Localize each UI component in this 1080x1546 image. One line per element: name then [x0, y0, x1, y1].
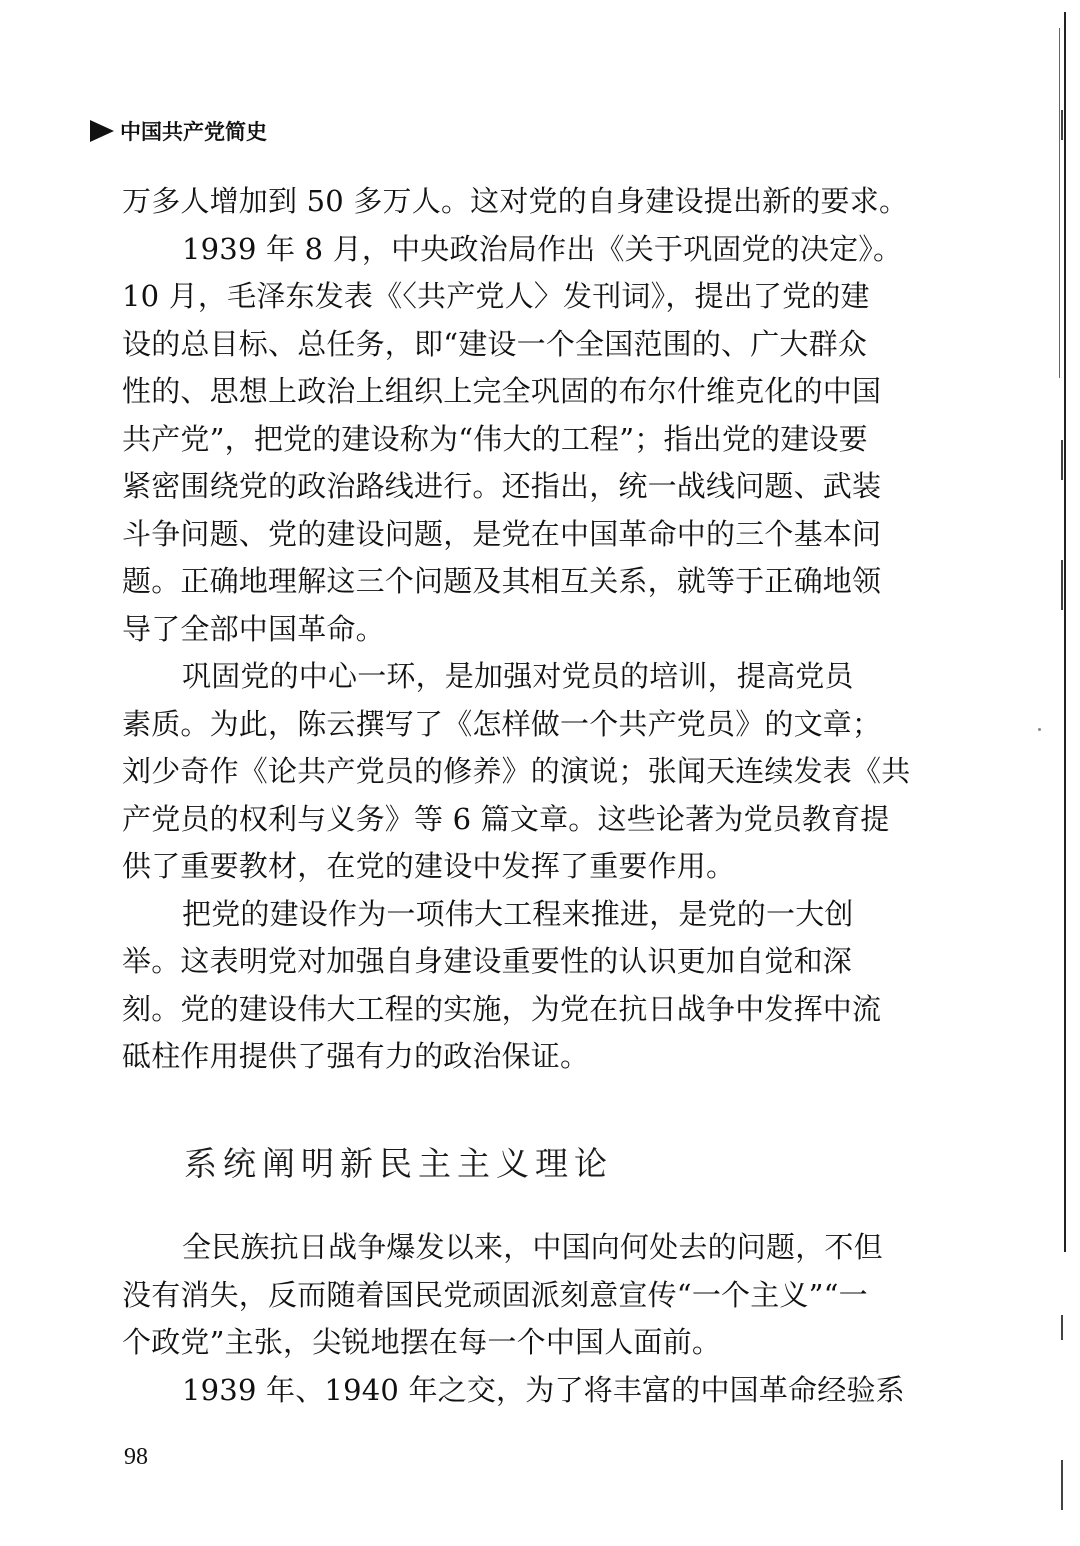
text-line: 紧密围绕党的政治路线进行。还指出，统一战线问题、武装 — [122, 463, 912, 511]
book-title: 中国共产党简史 — [120, 116, 267, 146]
text-line: 刻。党的建设伟大工程的实施，为党在抗日战争中发挥中流 — [122, 986, 912, 1034]
right-triangle-icon — [90, 120, 114, 142]
text-line: 个政党”主张，尖锐地摆在每一个中国人面前。 — [122, 1319, 912, 1367]
text-line: 没有消失，反而随着国民党顽固派刻意宣传“一个主义”“一 — [122, 1272, 912, 1320]
text-line: 设的总目标、总任务，即“建设一个全国范围的、广大群众 — [122, 321, 912, 369]
scan-speck — [1038, 728, 1041, 731]
text-line: 素质。为此，陈云撰写了《怎样做一个共产党员》的文章； — [122, 701, 912, 749]
page-edge-mark — [1061, 1460, 1063, 1510]
page-edge-shadow — [1059, 28, 1060, 378]
text-line: 导了全部中国革命。 — [122, 606, 912, 654]
text-line: 砥柱作用提供了强有力的政治保证。 — [122, 1033, 912, 1081]
paragraph-start: 巩固党的中心一环，是加强对党员的培训，提高党员 — [122, 653, 912, 701]
section-heading: 系统阐明新民主主义理论 — [184, 1138, 613, 1185]
page-edge-mark — [1061, 560, 1063, 610]
page-number: 98 — [124, 1444, 148, 1471]
paragraph-start: 把党的建设作为一项伟大工程来推进，是党的一大创 — [122, 891, 912, 939]
text-line: 供了重要教材，在党的建设中发挥了重要作用。 — [122, 843, 912, 891]
page-edge-mark — [1061, 440, 1063, 480]
body-text-top: 万多人增加到 50 多万人。这对党的自身建设提出新的要求。 1939 年 8 月… — [122, 178, 912, 1081]
text-line: 举。这表明党对加强自身建设重要性的认识更加自觉和深 — [122, 938, 912, 986]
text-line: 10 月，毛泽东发表《〈共产党人〉发刊词》，提出了党的建 — [122, 273, 912, 321]
text-line: 万多人增加到 50 多万人。这对党的自身建设提出新的要求。 — [122, 178, 912, 226]
paragraph-start: 全民族抗日战争爆发以来，中国向何处去的问题，不但 — [122, 1224, 912, 1272]
page-edge-mark — [1061, 110, 1063, 140]
text-line: 产党员的权利与义务》等 6 篇文章。这些论著为党员教育提 — [122, 796, 912, 844]
text-line: 题。正确地理解这三个问题及其相互关系，就等于正确地领 — [122, 558, 912, 606]
page-edge-line — [1064, 12, 1066, 1252]
text-line: 斗争问题、党的建设问题，是党在中国革命中的三个基本问 — [122, 511, 912, 559]
text-line: 刘少奇作《论共产党员的修养》的演说；张闻天连续发表《共 — [122, 748, 912, 796]
running-head: 中国共产党简史 — [90, 115, 267, 147]
paragraph-start: 1939 年 8 月，中央政治局作出《关于巩固党的决定》。 — [122, 226, 912, 274]
text-line: 性的、思想上政治上组织上完全巩固的布尔什维克化的中国 — [122, 368, 912, 416]
body-text-bottom: 全民族抗日战争爆发以来，中国向何处去的问题，不但 没有消失，反而随着国民党顽固派… — [122, 1224, 912, 1414]
text-line: 共产党”，把党的建设称为“伟大的工程”；指出党的建设要 — [122, 416, 912, 464]
page-edge-mark — [1061, 1315, 1063, 1340]
paragraph-start: 1939 年、1940 年之交，为了将丰富的中国革命经验系 — [122, 1367, 912, 1415]
